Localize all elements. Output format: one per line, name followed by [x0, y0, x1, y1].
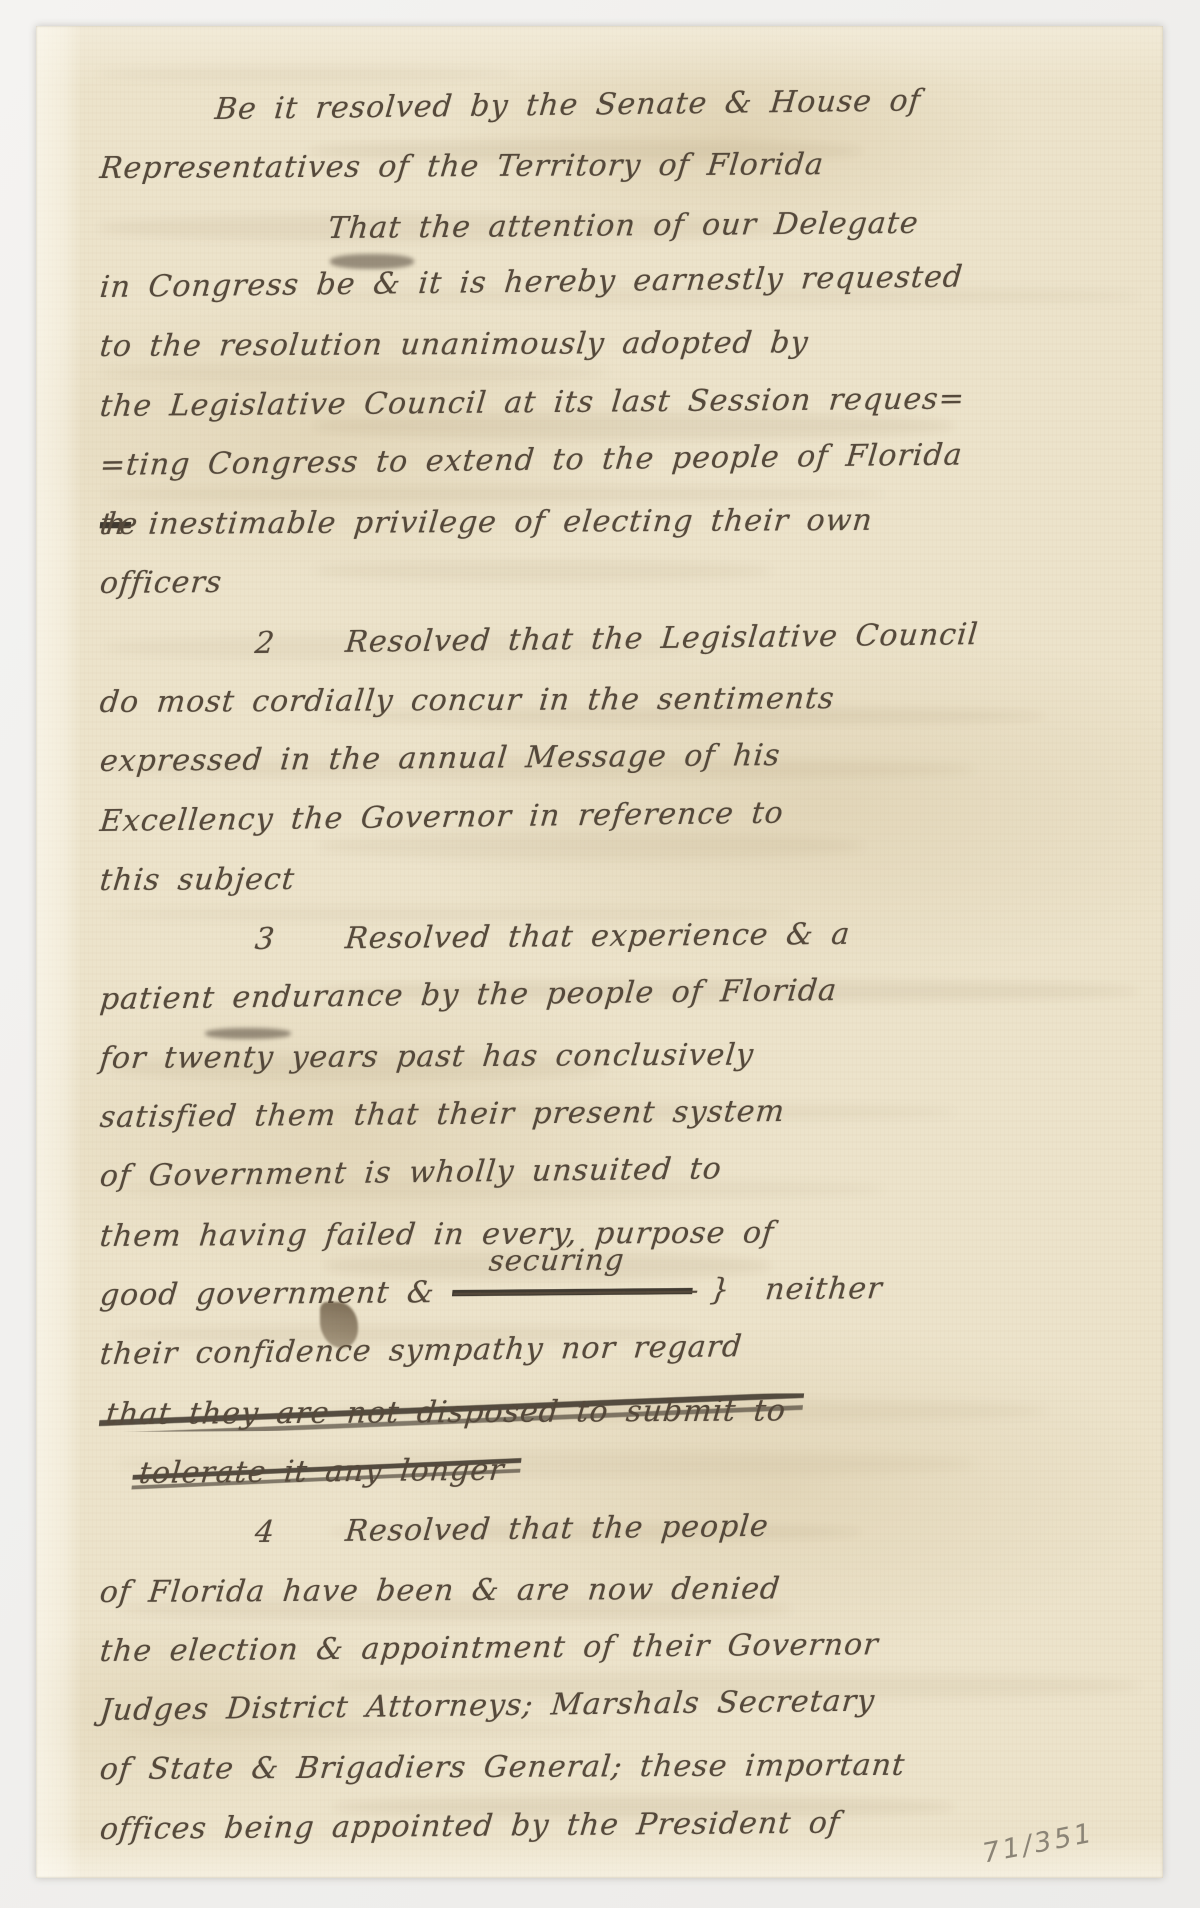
struck-word: ——————————securing: [451, 1273, 695, 1310]
manuscript-line: Representatives of the Territory of Flor…: [98, 147, 825, 186]
manuscript-line: the Legislative Council at its last Sess…: [98, 381, 966, 424]
manuscript-line-struck: that they are not disposed to submit to: [98, 1393, 804, 1432]
manuscript-line: of Government is wholly unsuited to: [98, 1151, 723, 1194]
manuscript-line: of Florida have been & are now denied: [98, 1571, 782, 1610]
manuscript-line: satisfied them that their present system: [98, 1094, 786, 1135]
manuscript-line: expressed in the annual Message of his: [98, 738, 782, 779]
struck-word: the: [98, 507, 133, 542]
manuscript-line: 2 Resolved that the Legislative Council: [253, 617, 980, 661]
pencil-page-number: 71/351: [980, 1818, 1097, 1870]
manuscript-line: offices being appointed by the President…: [98, 1806, 841, 1847]
manuscript-line: the election & appointment of their Gove…: [98, 1627, 880, 1669]
manuscript-line: officers: [98, 565, 224, 601]
manuscript-line: Excellency the Governor in reference to: [98, 796, 785, 839]
manuscript-line-struck: tolerate it any longer: [131, 1453, 522, 1491]
manuscript-line: for twenty years past has conclusively: [98, 1038, 755, 1076]
manuscript-line: 4 Resolved that the people: [253, 1509, 770, 1550]
manuscript-text: } neither: [691, 1271, 884, 1308]
manuscript-line: to the resolution unanimously adopted by: [98, 325, 810, 364]
manuscript-line: the inestimable privilege of electing th…: [98, 503, 874, 542]
inserted-word-above: securing: [487, 1242, 626, 1277]
manuscript-line: Judges District Attorneys; Marshals Secr…: [98, 1684, 876, 1728]
manuscript-line: them having failed in every, purpose of: [98, 1215, 776, 1254]
manuscript-line: their confidence sympathy nor regard: [98, 1329, 744, 1372]
manuscript-text: good government &: [98, 1275, 454, 1313]
bleedthrough-band: [102, 486, 884, 502]
bleedthrough-band: [96, 66, 516, 82]
manuscript-line: Be it resolved by the Senate & House of: [213, 83, 922, 127]
manuscript-line: do most cordially concur in the sentimen…: [98, 681, 836, 720]
manuscript-text: inestimable privilege of electing their …: [129, 503, 874, 542]
manuscript-line: this subject: [98, 862, 296, 898]
manuscript-line: That the attention of our Delegate: [326, 206, 920, 246]
manuscript-line: patient endurance by the people of Flori…: [98, 973, 838, 1017]
manuscript-line: in Congress be & it is hereby earnestly …: [98, 259, 964, 305]
manuscript-line: =ting Congress to extend to the people o…: [98, 437, 964, 483]
bleedthrough-band: [100, 362, 608, 384]
scan-background: Be it resolved by the Senate & House ofR…: [0, 0, 1200, 1908]
ink-smudge: [205, 1028, 291, 1039]
manuscript-line: of State & Brigadiers General; these imp…: [98, 1748, 907, 1787]
manuscript-line: 3 Resolved that experience & a: [253, 917, 852, 957]
bleedthrough-band: [313, 560, 772, 582]
manuscript-page: Be it resolved by the Senate & House ofR…: [36, 26, 1163, 1878]
bleedthrough-band: [317, 832, 864, 860]
manuscript-line: good government & ——————————securing } n…: [98, 1271, 884, 1313]
